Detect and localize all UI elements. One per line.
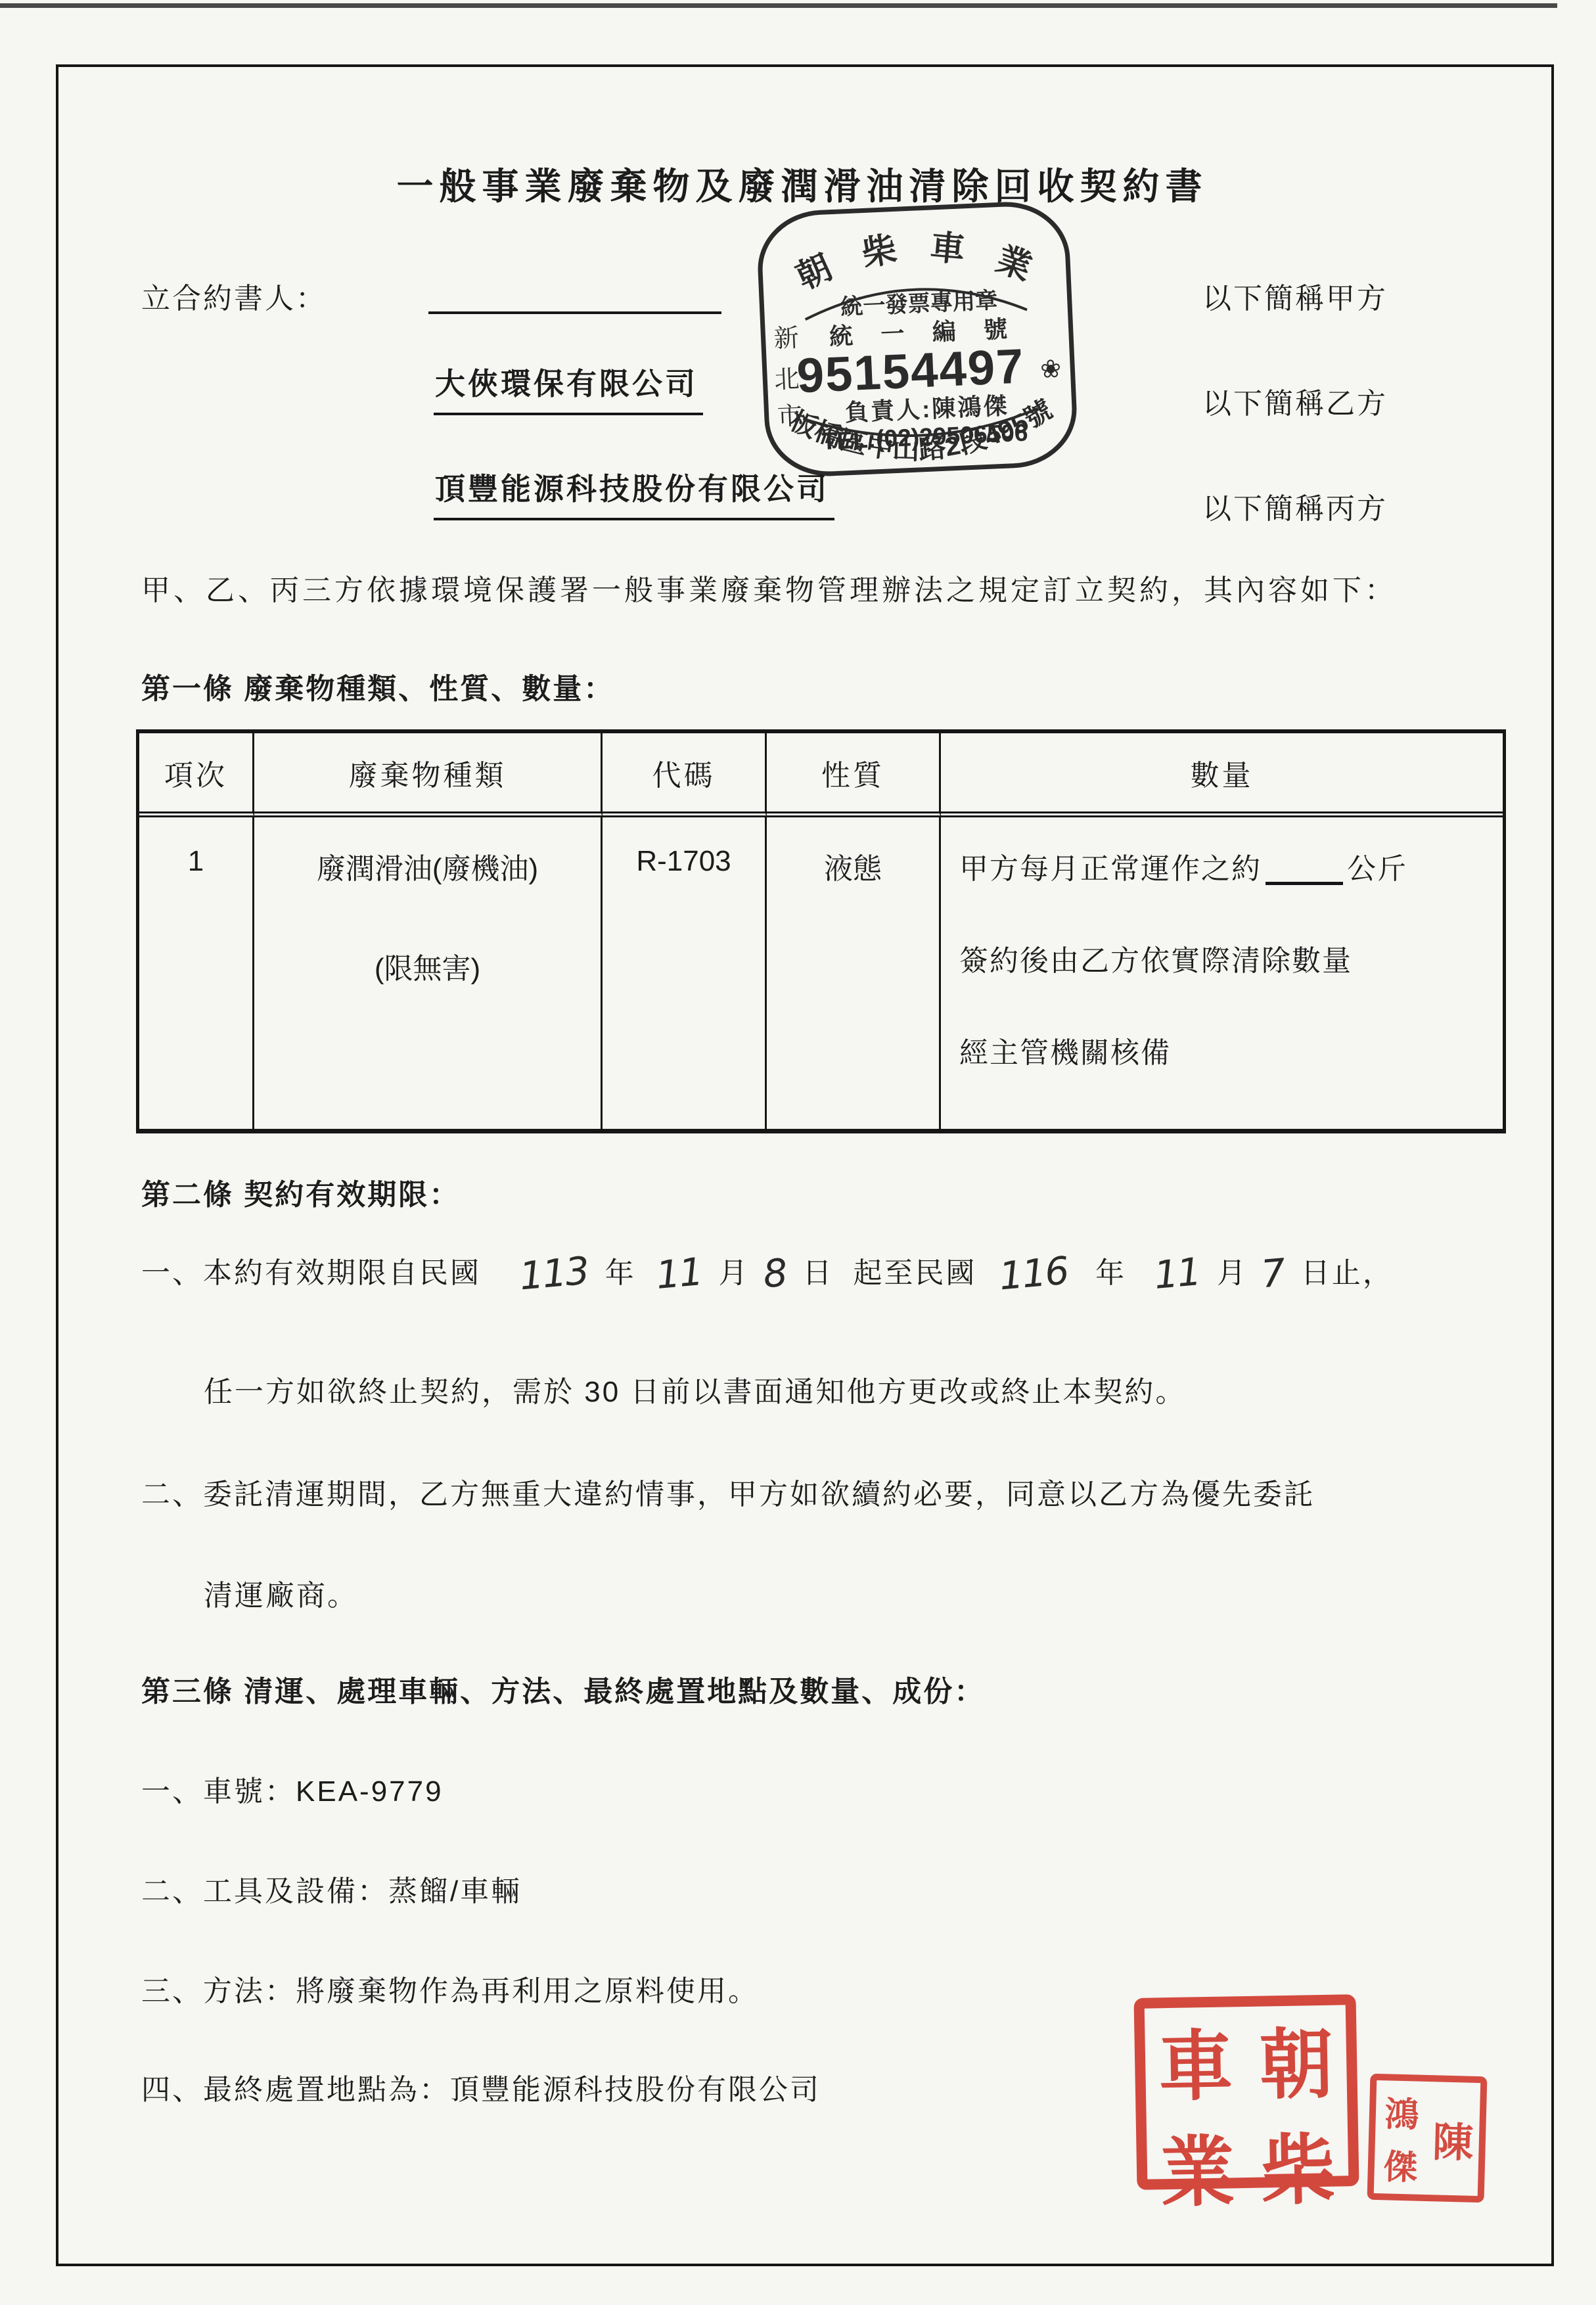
name-square-seal: 陳 鴻 傑	[1367, 2074, 1488, 2203]
section3-item-final-site: 四、最終處置地點為：頂豐能源科技股份有限公司	[141, 2066, 821, 2108]
dateline-suffix: 日止，	[1301, 1249, 1394, 1291]
document-page: { "page": { "title": "一般事業廢棄物及廢潤滑油清除回收契約…	[0, 0, 1596, 2305]
table-cell-quantity: 甲方每月正常運作之約公斤 簽約後由乙方依實際清除數量 經主管機關核備	[941, 817, 1503, 1129]
party-b-name: 大俠環保有限公司	[434, 360, 703, 415]
quantity-blank-line	[1265, 882, 1343, 885]
clause-2-2-line2: 清運廠商。	[204, 1572, 358, 1614]
section3-item-equipment: 二、工具及設備：蒸餾/車輛	[141, 1867, 522, 1909]
table-cell-waste-type: 廢潤滑油(廢機油) (限無害)	[254, 817, 603, 1129]
handwritten-start-month: 11	[654, 1249, 703, 1298]
table-header-waste-type: 廢棄物種類	[254, 733, 603, 817]
waste-type-line2: (限無害)	[375, 945, 480, 987]
seal-char: 柴	[1246, 2109, 1349, 2220]
handwritten-end-day: 7	[1260, 1250, 1287, 1297]
table-header-index: 項次	[139, 733, 254, 817]
stamp-invoice-label: 統一發票專用章	[840, 287, 998, 319]
handwritten-end-year: 116	[997, 1248, 1070, 1299]
section2-heading: 第二條 契約有效期限：	[141, 1171, 460, 1213]
quantity-line2: 簽約後由乙方依實際清除數量	[959, 937, 1352, 979]
clause-2-1-line2: 任一方如欲終止契約，需於 30 日前以書面通知他方更改或終止本契約。	[204, 1368, 1186, 1410]
table-cell-index: 1	[139, 817, 254, 1129]
parties-label: 立合約書人：	[141, 275, 327, 317]
seal-char: 鴻	[1384, 2086, 1420, 2136]
section3-heading: 第三條 清運、處理車輛、方法、最終處置地點及數量、成份：	[141, 1668, 985, 1710]
party-a-name-blank	[428, 311, 721, 314]
quantity-line3: 經主管機關核備	[959, 1029, 1171, 1071]
table-cell-code: R-1703	[603, 817, 767, 1129]
seal-char: 傑	[1382, 2139, 1418, 2189]
dateline-prefix: 一、本約有效期限自民國	[141, 1249, 481, 1291]
month-unit: 月	[1217, 1249, 1248, 1291]
waste-type-line1: 廢潤滑油(廢機油)	[317, 845, 538, 887]
year-unit: 年	[1095, 1249, 1126, 1291]
clause-2-1-dateline: 一、本約有效期限自民國 113 年 11 月 8 日 起至民國 116 年 11…	[141, 1247, 1394, 1292]
section3-item-vehicle: 一、車號：KEA-9779	[141, 1768, 444, 1810]
contract-preamble: 甲、乙、丙三方依據環境保護署一般事業廢棄物管理辦法之規定訂立契約，其內容如下：	[141, 566, 1397, 608]
handwritten-start-year: 113	[518, 1248, 590, 1299]
handwritten-start-day: 8	[761, 1250, 788, 1297]
day-unit: 日	[802, 1249, 833, 1291]
section3-item-method: 三、方法：將廢棄物作為再利用之原料使用。	[141, 1967, 759, 2009]
page-title: 一般事業廢棄物及廢潤滑油清除回收契約書	[56, 158, 1549, 210]
stamp-region-char: 北	[774, 365, 800, 394]
invoice-stamp: 朝 柴 車 業 統一發票專用章 統 一 編 號 95154497 ❀ 新 北 市…	[750, 196, 1085, 481]
stamp-flower-icon: ❀	[1039, 355, 1062, 384]
table-header-nature: 性質	[767, 733, 941, 817]
seal-char: 業	[1147, 2111, 1249, 2222]
stamp-region-char: 新	[773, 324, 800, 354]
year-unit: 年	[605, 1249, 636, 1291]
company-square-seal: 車 朝 業 柴	[1133, 1994, 1359, 2190]
party-b-alias: 以下簡稱乙方	[1202, 380, 1388, 422]
section1-heading: 第一條 廢棄物種類、性質、數量：	[141, 665, 614, 707]
clause-2-2-line1: 二、委託清運期間，乙方無重大違約情事，甲方如欲續約必要，同意以乙方為優先委託	[141, 1471, 1315, 1513]
scan-edge-line	[0, 3, 1557, 8]
table-header-code: 代碼	[603, 733, 767, 817]
waste-table: 項次 廢棄物種類 代碼 性質 數量 1 廢潤滑油(廢機油) (限無害) R-17…	[136, 729, 1506, 1133]
quantity-line1: 甲方每月正常運作之約公斤	[959, 845, 1407, 887]
month-unit: 月	[719, 1249, 750, 1291]
party-c-alias: 以下簡稱丙方	[1202, 485, 1388, 527]
table-cell-nature: 液態	[767, 817, 941, 1129]
table-header-quantity: 數量	[941, 733, 1503, 817]
seal-char: 朝	[1245, 2003, 1348, 2114]
stamp-company-arc: 朝 柴 車 業	[790, 223, 1038, 298]
handwritten-end-month: 11	[1152, 1249, 1202, 1298]
dateline-mid: 起至民國	[853, 1249, 976, 1291]
party-a-alias: 以下簡稱甲方	[1202, 275, 1388, 317]
seal-char: 車	[1145, 2005, 1247, 2116]
seal-char: 陳	[1426, 2082, 1480, 2196]
